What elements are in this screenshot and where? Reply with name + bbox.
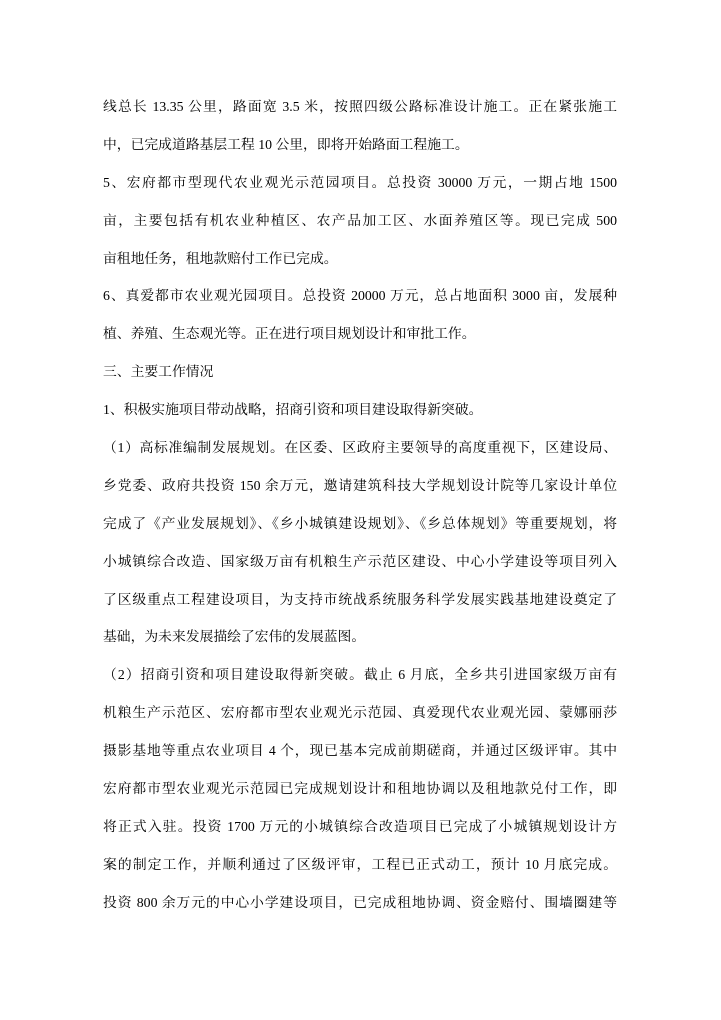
- text-line: 机粮生产示范区、宏府都市型农业观光示范园、真爱现代农业观光园、蒙娜丽莎: [103, 694, 617, 732]
- document-page: 线总长 13.35 公里，路面宽 3.5 米，按照四级公路标准设计施工。正在紧张…: [0, 0, 721, 1020]
- text-line: 摄影基地等重点农业项目 4 个，现已基本完成前期磋商，并通过区级评审。其中: [103, 732, 617, 770]
- text-line: 植、养殖、生态观光等。正在进行项目规划设计和审批工作。: [103, 315, 617, 353]
- text-line: 宏府都市型农业观光示范园已完成规划设计和租地协调以及租地款兑付工作，即: [103, 770, 617, 808]
- text-line: 案的制定工作，并顺利通过了区级评审，工程已正式动工，预计 10 月底完成。: [103, 846, 617, 884]
- text-line: 小城镇综合改造、国家级万亩有机粮生产示范区建设、中心小学建设等项目列入: [103, 543, 617, 581]
- text-line: 乡党委、政府共投资 150 余万元，邀请建筑科技大学规划设计院等几家设计单位: [103, 467, 617, 505]
- text-line: 三、主要工作情况: [103, 353, 617, 391]
- text-line: 了区级重点工程建设项目，为支持市统战系统服务科学发展实践基地建设奠定了: [103, 581, 617, 619]
- text-line: 5、宏府都市型现代农业观光示范园项目。总投资 30000 万元，一期占地 150…: [103, 164, 617, 202]
- text-line: 1、积极实施项目带动战略，招商引资和项目建设取得新突破。: [103, 391, 617, 429]
- text-line: 将正式入驻。投资 1700 万元的小城镇综合改造项目已完成了小城镇规划设计方: [103, 808, 617, 846]
- text-line: 6、真爱都市农业观光园项目。总投资 20000 万元，总占地面积 3000 亩，…: [103, 277, 617, 315]
- text-line: 基础，为未来发展描绘了宏伟的发展蓝图。: [103, 618, 617, 656]
- text-line: 中，已完成道路基层工程 10 公里，即将开始路面工程施工。: [103, 126, 617, 164]
- text-line: 亩，主要包括有机农业种植区、农产品加工区、水面养殖区等。现已完成 500: [103, 202, 617, 240]
- text-line: 亩租地任务，租地款赔付工作已完成。: [103, 240, 617, 278]
- text-line: 线总长 13.35 公里，路面宽 3.5 米，按照四级公路标准设计施工。正在紧张…: [103, 88, 617, 126]
- text-line: 投资 800 余万元的中心小学建设项目，已完成租地协调、资金赔付、围墙圈建等: [103, 884, 617, 922]
- text-line: 完成了《产业发展规划》、《乡小城镇建设规划》、《乡总体规划》等重要规划，将: [103, 505, 617, 543]
- document-body: 线总长 13.35 公里，路面宽 3.5 米，按照四级公路标准设计施工。正在紧张…: [103, 88, 617, 922]
- text-line: （1）高标准编制发展规划。在区委、区政府主要领导的高度重视下，区建设局、: [103, 429, 617, 467]
- text-line: （2）招商引资和项目建设取得新突破。截止 6 月底，全乡共引进国家级万亩有: [103, 656, 617, 694]
